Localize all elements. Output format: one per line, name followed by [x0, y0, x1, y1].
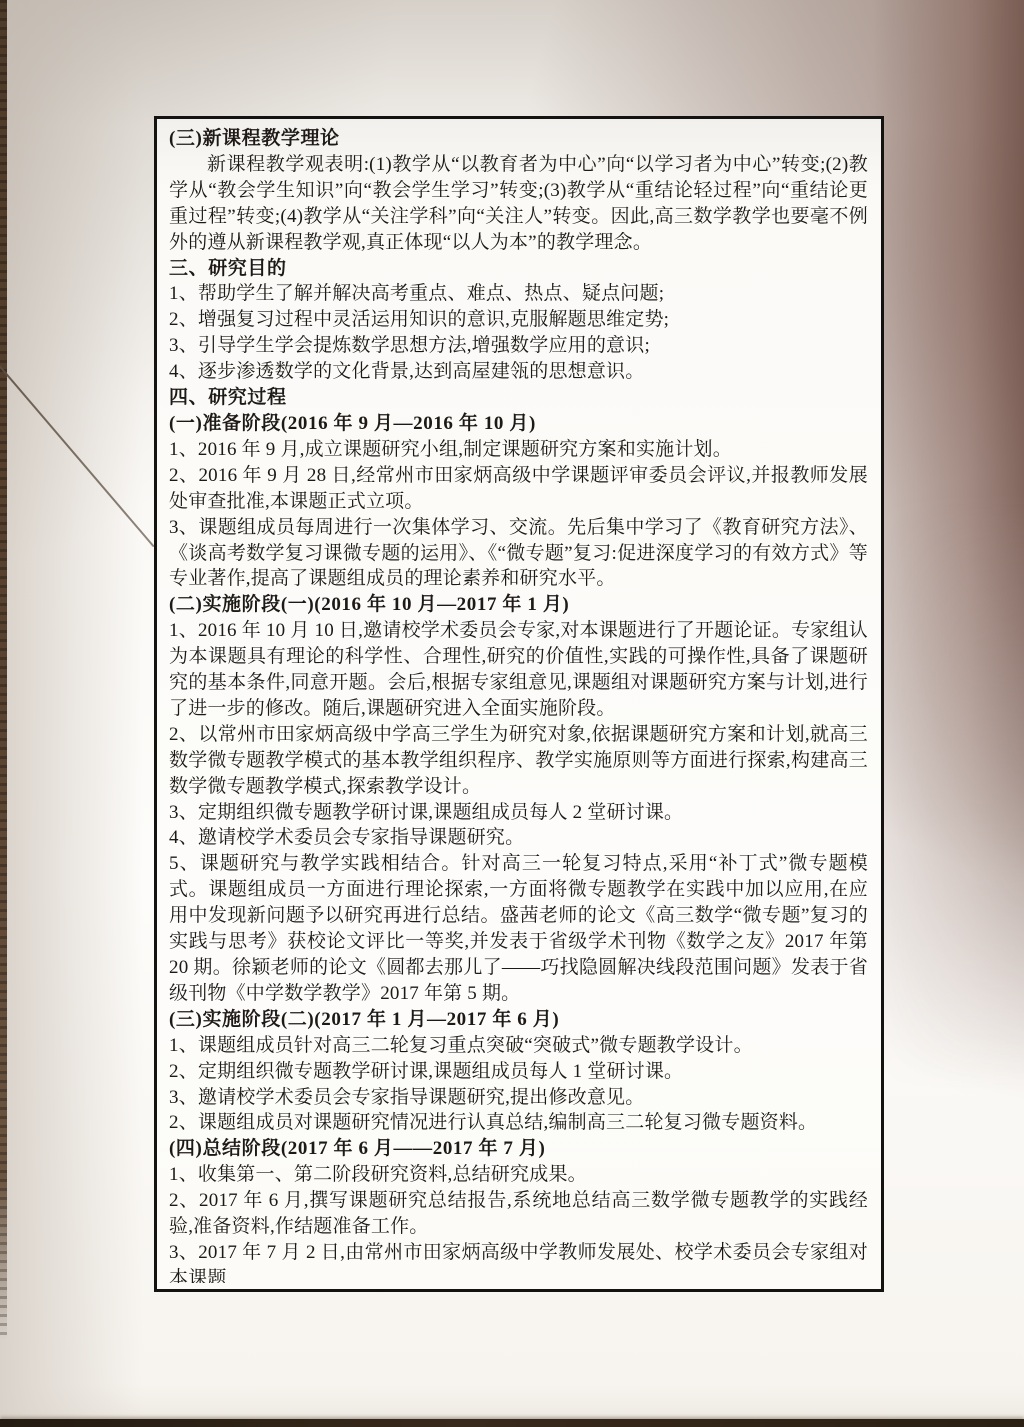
section-heading: 四、研究过程: [169, 385, 868, 411]
section-heading: (四)总结阶段(2017 年 6 月——2017 年 7 月): [169, 1136, 868, 1162]
paper-crease-line: [0, 365, 155, 547]
paragraph: 5、课题研究与教学实践相结合。针对高三一轮复习特点,采用“补丁式”微专题模式。课…: [169, 851, 868, 1006]
paragraph: 1、2016 年 9 月,成立课题研究小组,制定课题研究方案和实施计划。: [169, 437, 868, 463]
paragraph: 1、2016 年 10 月 10 日,邀请校学术委员会专家,对本课题进行了开题论…: [169, 618, 868, 722]
paragraph: 1、帮助学生了解并解决高考重点、难点、热点、疑点问题;: [169, 281, 868, 307]
paragraph: 2、增强复习过程中灵活运用知识的意识,克服解题思维定势;: [169, 307, 868, 333]
section-heading: (三)新课程教学理论: [169, 126, 868, 152]
section-heading: (二)实施阶段(一)(2016 年 10 月—2017 年 1 月): [169, 592, 868, 618]
photo-right-shadow: [874, 0, 1024, 1240]
paragraph: 4、邀请校学术委员会专家指导课题研究。: [169, 825, 868, 851]
paragraph: 4、逐步渗透数学的文化背景,达到高屋建瓴的思想意识。: [169, 359, 868, 385]
photo-bottom-edge-band: [0, 1419, 1024, 1427]
paragraph: 3、邀请校学术委员会专家指导课题研究,提出修改意见。: [169, 1085, 868, 1111]
paragraph: 2、2016 年 9 月 28 日,经常州市田家炳高级中学课题评审委员会评议,并…: [169, 463, 868, 515]
section-heading: (一)准备阶段(2016 年 9 月—2016 年 10 月): [169, 411, 868, 437]
document-body: (三)新课程教学理论新课程教学观表明:(1)教学从“以教育者为中心”向“以学习者…: [169, 126, 868, 1283]
paragraph: 2、2017 年 6 月,撰写课题研究总结报告,系统地总结高三数学微专题教学的实…: [169, 1188, 868, 1240]
paragraph: 2、定期组织微专题教学研讨课,课题组成员每人 1 堂研讨课。: [169, 1059, 868, 1085]
paragraph: 2、以常州市田家炳高级中学高三学生为研究对象,依据课题研究方案和计划,就高三数学…: [169, 722, 868, 800]
paragraph: 1、收集第一、第二阶段研究资料,总结研究成果。: [169, 1162, 868, 1188]
book-spine-edge: [0, 0, 7, 1340]
paragraph: 3、引导学生学会提炼数学思想方法,增强数学应用的意识;: [169, 333, 868, 359]
paragraph: 2、课题组成员对课题研究情况进行认真总结,编制高三二轮复习微专题资料。: [169, 1110, 868, 1136]
document-table-cell: (三)新课程教学理论新课程教学观表明:(1)教学从“以教育者为中心”向“以学习者…: [154, 116, 884, 1292]
section-heading: 三、研究目的: [169, 256, 868, 282]
scanned-page-photo: (三)新课程教学理论新课程教学观表明:(1)教学从“以教育者为中心”向“以学习者…: [0, 0, 1024, 1427]
paragraph: 1、课题组成员针对高三二轮复习重点突破“突破式”微专题教学设计。: [169, 1033, 868, 1059]
paragraph: 3、定期组织微专题教学研讨课,课题组成员每人 2 堂研讨课。: [169, 800, 868, 826]
paragraph: 3、2017 年 7 月 2 日,由常州市田家炳高级中学教师发展处、校学术委员会…: [169, 1240, 868, 1283]
section-heading: (三)实施阶段(二)(2017 年 1 月—2017 年 6 月): [169, 1007, 868, 1033]
paragraph: 新课程教学观表明:(1)教学从“以教育者为中心”向“以学习者为中心”转变;(2)…: [169, 152, 868, 256]
paragraph: 3、课题组成员每周进行一次集体学习、交流。先后集中学习了《教育研究方法》、《谈高…: [169, 515, 868, 593]
